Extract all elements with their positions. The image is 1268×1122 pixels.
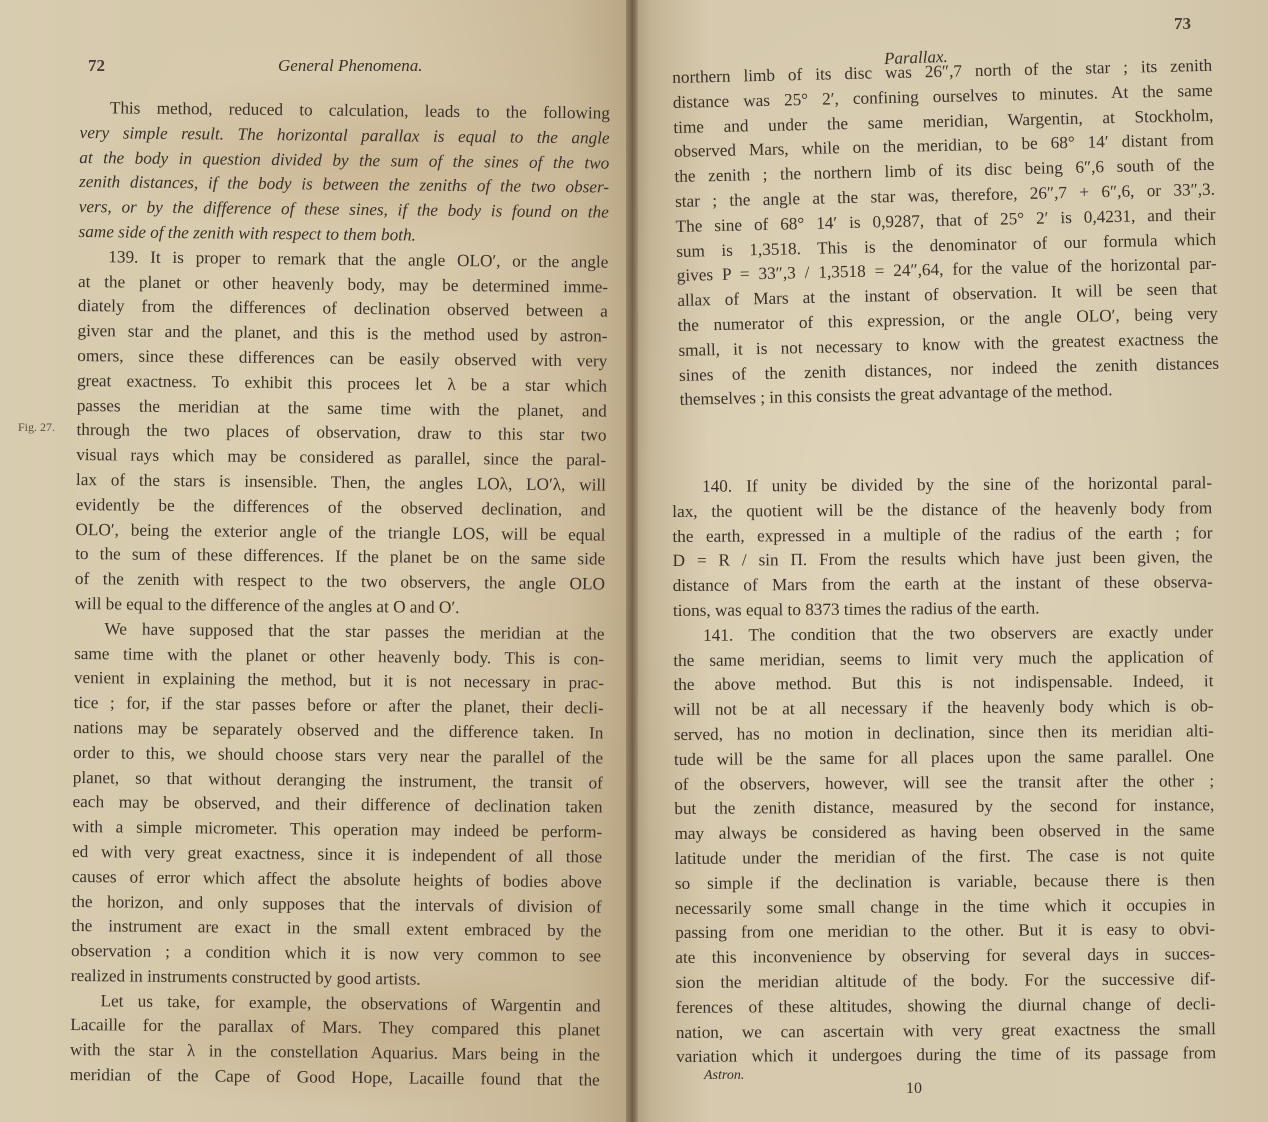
text-line: will not be at all necessary if the heav… xyxy=(674,694,1214,723)
page-number: 73 xyxy=(1174,14,1191,34)
formula-line: D = R / sin Π. From the results which ha… xyxy=(673,546,1213,575)
left-page: 72 General Phenomena. Fig. 27. This meth… xyxy=(0,0,632,1122)
signature-mark: Astron. xyxy=(704,1068,744,1084)
text-line: lax, the quotient will be the distance o… xyxy=(672,496,1212,525)
text-line: sion the meridian altitude of the body. … xyxy=(675,967,1215,996)
text-line: ferences of these altitudes, showing the… xyxy=(676,992,1216,1021)
text-line: of the observers, however, will see the … xyxy=(674,769,1214,798)
text-line: nation, we can ascertain with very great… xyxy=(676,1017,1216,1046)
text-line: served, has no motion in declination, si… xyxy=(674,719,1214,748)
text-line: the earth, expressed in a multiple of th… xyxy=(672,521,1212,550)
book-gutter xyxy=(626,0,638,1122)
paragraph-139: 139. It is proper to remark that the ang… xyxy=(75,245,609,622)
text-line: tions, was equal to 8373 times the radiu… xyxy=(673,595,1213,624)
left-page-body: This method, reduced to calculation, lea… xyxy=(70,96,610,1093)
text-line: ate this inconvenience by observing for … xyxy=(675,942,1215,971)
text-line: distance of Mars from the earth at the i… xyxy=(673,570,1213,599)
paragraph-140: 140. If unity be divided by the sine of … xyxy=(672,471,1213,624)
running-head: General Phenomena. xyxy=(278,56,422,76)
right-page-lower-body: 140. If unity be divided by the sine of … xyxy=(672,471,1216,1070)
text-line: passing from one meridian to the other. … xyxy=(675,918,1215,947)
right-page-upper-body: northern limb of its disc was 26″,7 nort… xyxy=(672,54,1220,413)
text-line: necessarily some small change in the tim… xyxy=(675,893,1215,922)
text-line: the above method. But this is not indisp… xyxy=(673,670,1213,699)
signature-number: 10 xyxy=(906,1080,922,1098)
text-line: may always be considered as having been … xyxy=(674,818,1214,847)
paragraph-supposition: We have supposed that the star passes th… xyxy=(71,617,605,994)
text-line: but the zenith distance, measured by the… xyxy=(674,794,1214,823)
text-line: so simple if the declination is variable… xyxy=(675,868,1215,897)
figure-reference: Fig. 27. xyxy=(18,420,55,435)
book-spread: 72 General Phenomena. Fig. 27. This meth… xyxy=(0,0,1268,1122)
text-line: 141. The condition that the two observer… xyxy=(673,620,1213,649)
text-line: tude will be the same for all places upo… xyxy=(674,744,1214,773)
text-line: 140. If unity be divided by the sine of … xyxy=(672,471,1212,500)
text-line: the same meridian, seems to limit very m… xyxy=(673,645,1213,674)
paragraph-result: This method, reduced to calculation, lea… xyxy=(78,96,610,250)
page-number: 72 xyxy=(88,56,105,76)
text-line: variation which it undergoes during the … xyxy=(676,1042,1216,1071)
paragraph-141: 141. The condition that the two observer… xyxy=(673,620,1216,1070)
paragraph-example: Let us take, for example, the observatio… xyxy=(70,989,601,1094)
text-line: latitude under the meridian of the first… xyxy=(675,843,1215,872)
